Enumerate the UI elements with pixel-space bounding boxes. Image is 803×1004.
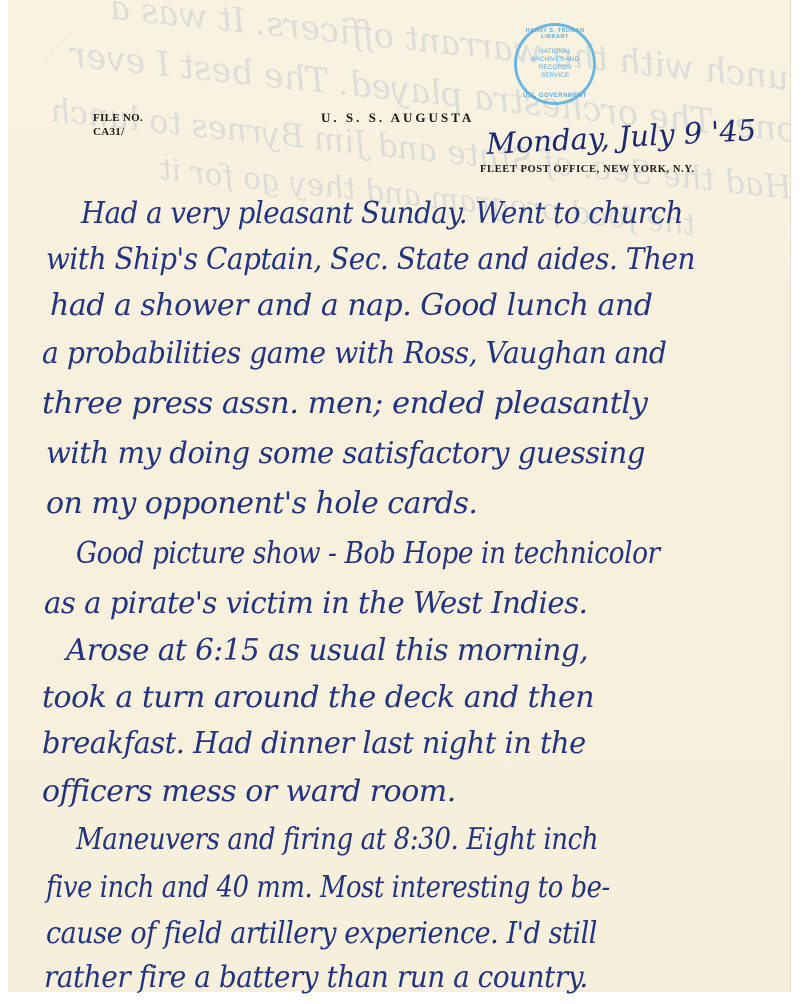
file-no-value: CA31/ <box>93 125 143 139</box>
file-no-label: FILE NO. <box>93 111 143 125</box>
body-line: with my doing some satisfactory guessing <box>46 436 645 471</box>
stamp-ring-bottom: U.S. GOVERNMENT <box>517 93 593 99</box>
letterhead-address: FLEET POST OFFICE, NEW YORK, N.Y. <box>480 164 695 175</box>
body-line: Maneuvers and firing at 8:30. Eight inch <box>76 822 598 857</box>
body-line: breakfast. Had dinner last night in the <box>42 726 586 761</box>
letterhead-ship-name: U. S. S. AUGUSTA <box>321 110 474 126</box>
body-line: Arose at 6:15 as usual this morning, <box>66 633 588 668</box>
stamp-line: SERVICE <box>525 72 585 80</box>
body-line: cause of field artillery experience. I'd… <box>46 916 597 951</box>
body-line: rather fire a battery than run a country… <box>44 960 588 995</box>
body-line: as a pirate's victim in the West Indies. <box>44 586 587 621</box>
stamp-line: RECORDS <box>525 64 585 72</box>
bleed-line: Had lunch with the warrant officers. It … <box>108 0 790 108</box>
letter-paper: Had lunch with the warrant officers. It … <box>8 0 790 992</box>
stamp-line: NATIONAL <box>525 48 585 56</box>
body-line: with Ship's Captain, Sec. State and aide… <box>46 242 695 277</box>
embossed-mark-icon <box>38 28 78 68</box>
file-number: FILE NO. CA31/ <box>93 111 143 139</box>
archive-stamp: HARRY S. TRUMAN LIBRARY NATIONAL ARCHIVE… <box>514 23 596 105</box>
body-line: took a turn around the deck and then <box>42 680 594 715</box>
body-line: on my opponent's hole cards. <box>46 486 477 521</box>
body-line: a probabilities game with Ross, Vaughan … <box>42 336 666 371</box>
stamp-ring-top: HARRY S. TRUMAN LIBRARY <box>517 28 593 40</box>
body-line: officers mess or ward room. <box>42 774 456 809</box>
stamp-center: NATIONAL ARCHIVES AND RECORDS SERVICE <box>525 48 585 80</box>
body-line: five inch and 40 mm. Most interesting to… <box>46 870 610 905</box>
body-line: Had a very pleasant Sunday. Went to chur… <box>81 196 683 231</box>
body-line: three press assn. men; ended pleasantly <box>42 386 647 421</box>
body-line: had a shower and a nap. Good lunch and <box>50 288 652 323</box>
scanned-document: Had lunch with the warrant officers. It … <box>0 0 803 1004</box>
stamp-line: ARCHIVES AND <box>525 56 585 64</box>
handwritten-date: Monday, July 9 '45 <box>485 113 757 161</box>
body-line: Good picture show - Bob Hope in technico… <box>76 536 660 571</box>
